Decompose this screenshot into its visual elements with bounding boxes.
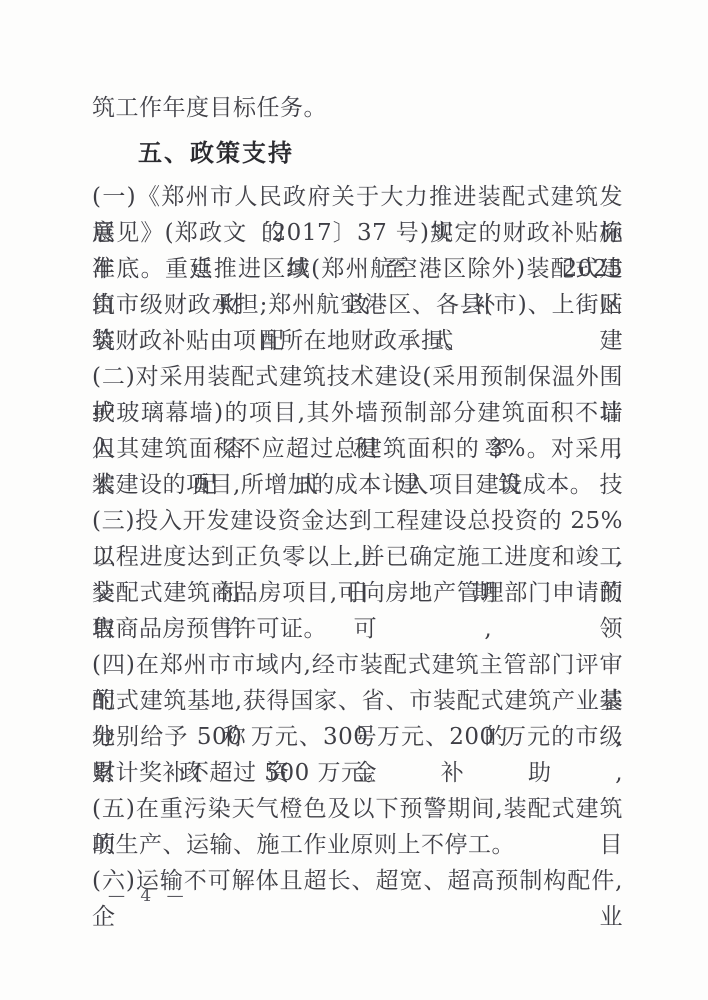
document-body: 筑工作年度目标任务。 五、政策支持 (一)《郑州市人民政府关于大力推进装配式建筑… <box>92 90 623 899</box>
section-heading: 五、政策支持 <box>92 135 623 171</box>
text-line: 装配式建筑商品房项目,可向房地产管理部门申请预售许可,领 <box>92 575 623 611</box>
text-line: 筑工作年度目标任务。 <box>92 90 623 126</box>
text-line: (二)对采用装配式建筑技术建设(采用预制保温外围护墙 <box>92 359 623 395</box>
text-line: 年底。重点推进区域(郑州航空港区除外)装配式建筑财政补贴 <box>92 251 623 287</box>
paragraph: (五)在重污染天气橙色及以下预警期间,装配式建筑项目 的生产、运输、施工作业原则… <box>92 791 623 863</box>
paragraph: (二)对采用装配式建筑技术建设(采用预制保温外围护墙 或玻璃幕墙)的项目,其外墙… <box>92 359 623 503</box>
text-line: 术建设的项目,所增加的成本计入项目建设成本。 <box>92 467 623 503</box>
page-number: — 4 — <box>108 884 189 908</box>
text-line: 配式建筑基地,获得国家、省、市装配式建筑产业基地称号的, <box>92 683 623 719</box>
text-line: 或玻璃幕墙)的项目,其外墙预制部分建筑面积不计入容积率, <box>92 395 623 431</box>
paragraph: (四)在郑州市市域内,经市装配式建筑主管部门评审的装 配式建筑基地,获得国家、省… <box>92 647 623 791</box>
text-line: 分别给予 500 万元、300 万元、200 万元的市级财政资金补助, <box>92 719 623 755</box>
text-line: 意见》(郑政文〔2017〕37 号)规定的财政补贴标准延续至 2025 <box>92 215 623 251</box>
text-line: (四)在郑州市市域内,经市装配式建筑主管部门评审的装 <box>92 647 623 683</box>
text-line: (五)在重污染天气橙色及以下预警期间,装配式建筑项目 <box>92 791 623 827</box>
paragraph: (三)投入开发建设资金达到工程建设总投资的 25%以上, 工程进度达到正负零以上… <box>92 503 623 647</box>
text-line: (一)《郑州市人民政府关于大力推进装配式建筑发展的实施 <box>92 179 623 215</box>
text-line: (三)投入开发建设资金达到工程建设总投资的 25%以上, <box>92 503 623 539</box>
text-line: 由市级财政承担;郑州航空港区、各县(市)、上街区装配式建 <box>92 287 623 323</box>
text-line: 但其建筑面积不应超过总建筑面积的 3%。对采用装配式建筑技 <box>92 431 623 467</box>
paragraph: (一)《郑州市人民政府关于大力推进装配式建筑发展的实施 意见》(郑政文〔2017… <box>92 179 623 359</box>
text-line: 工程进度达到正负零以上,并已确定施工进度和竣工交付日期的 <box>92 539 623 575</box>
document-page: 筑工作年度目标任务。 五、政策支持 (一)《郑州市人民政府关于大力推进装配式建筑… <box>0 0 708 1000</box>
